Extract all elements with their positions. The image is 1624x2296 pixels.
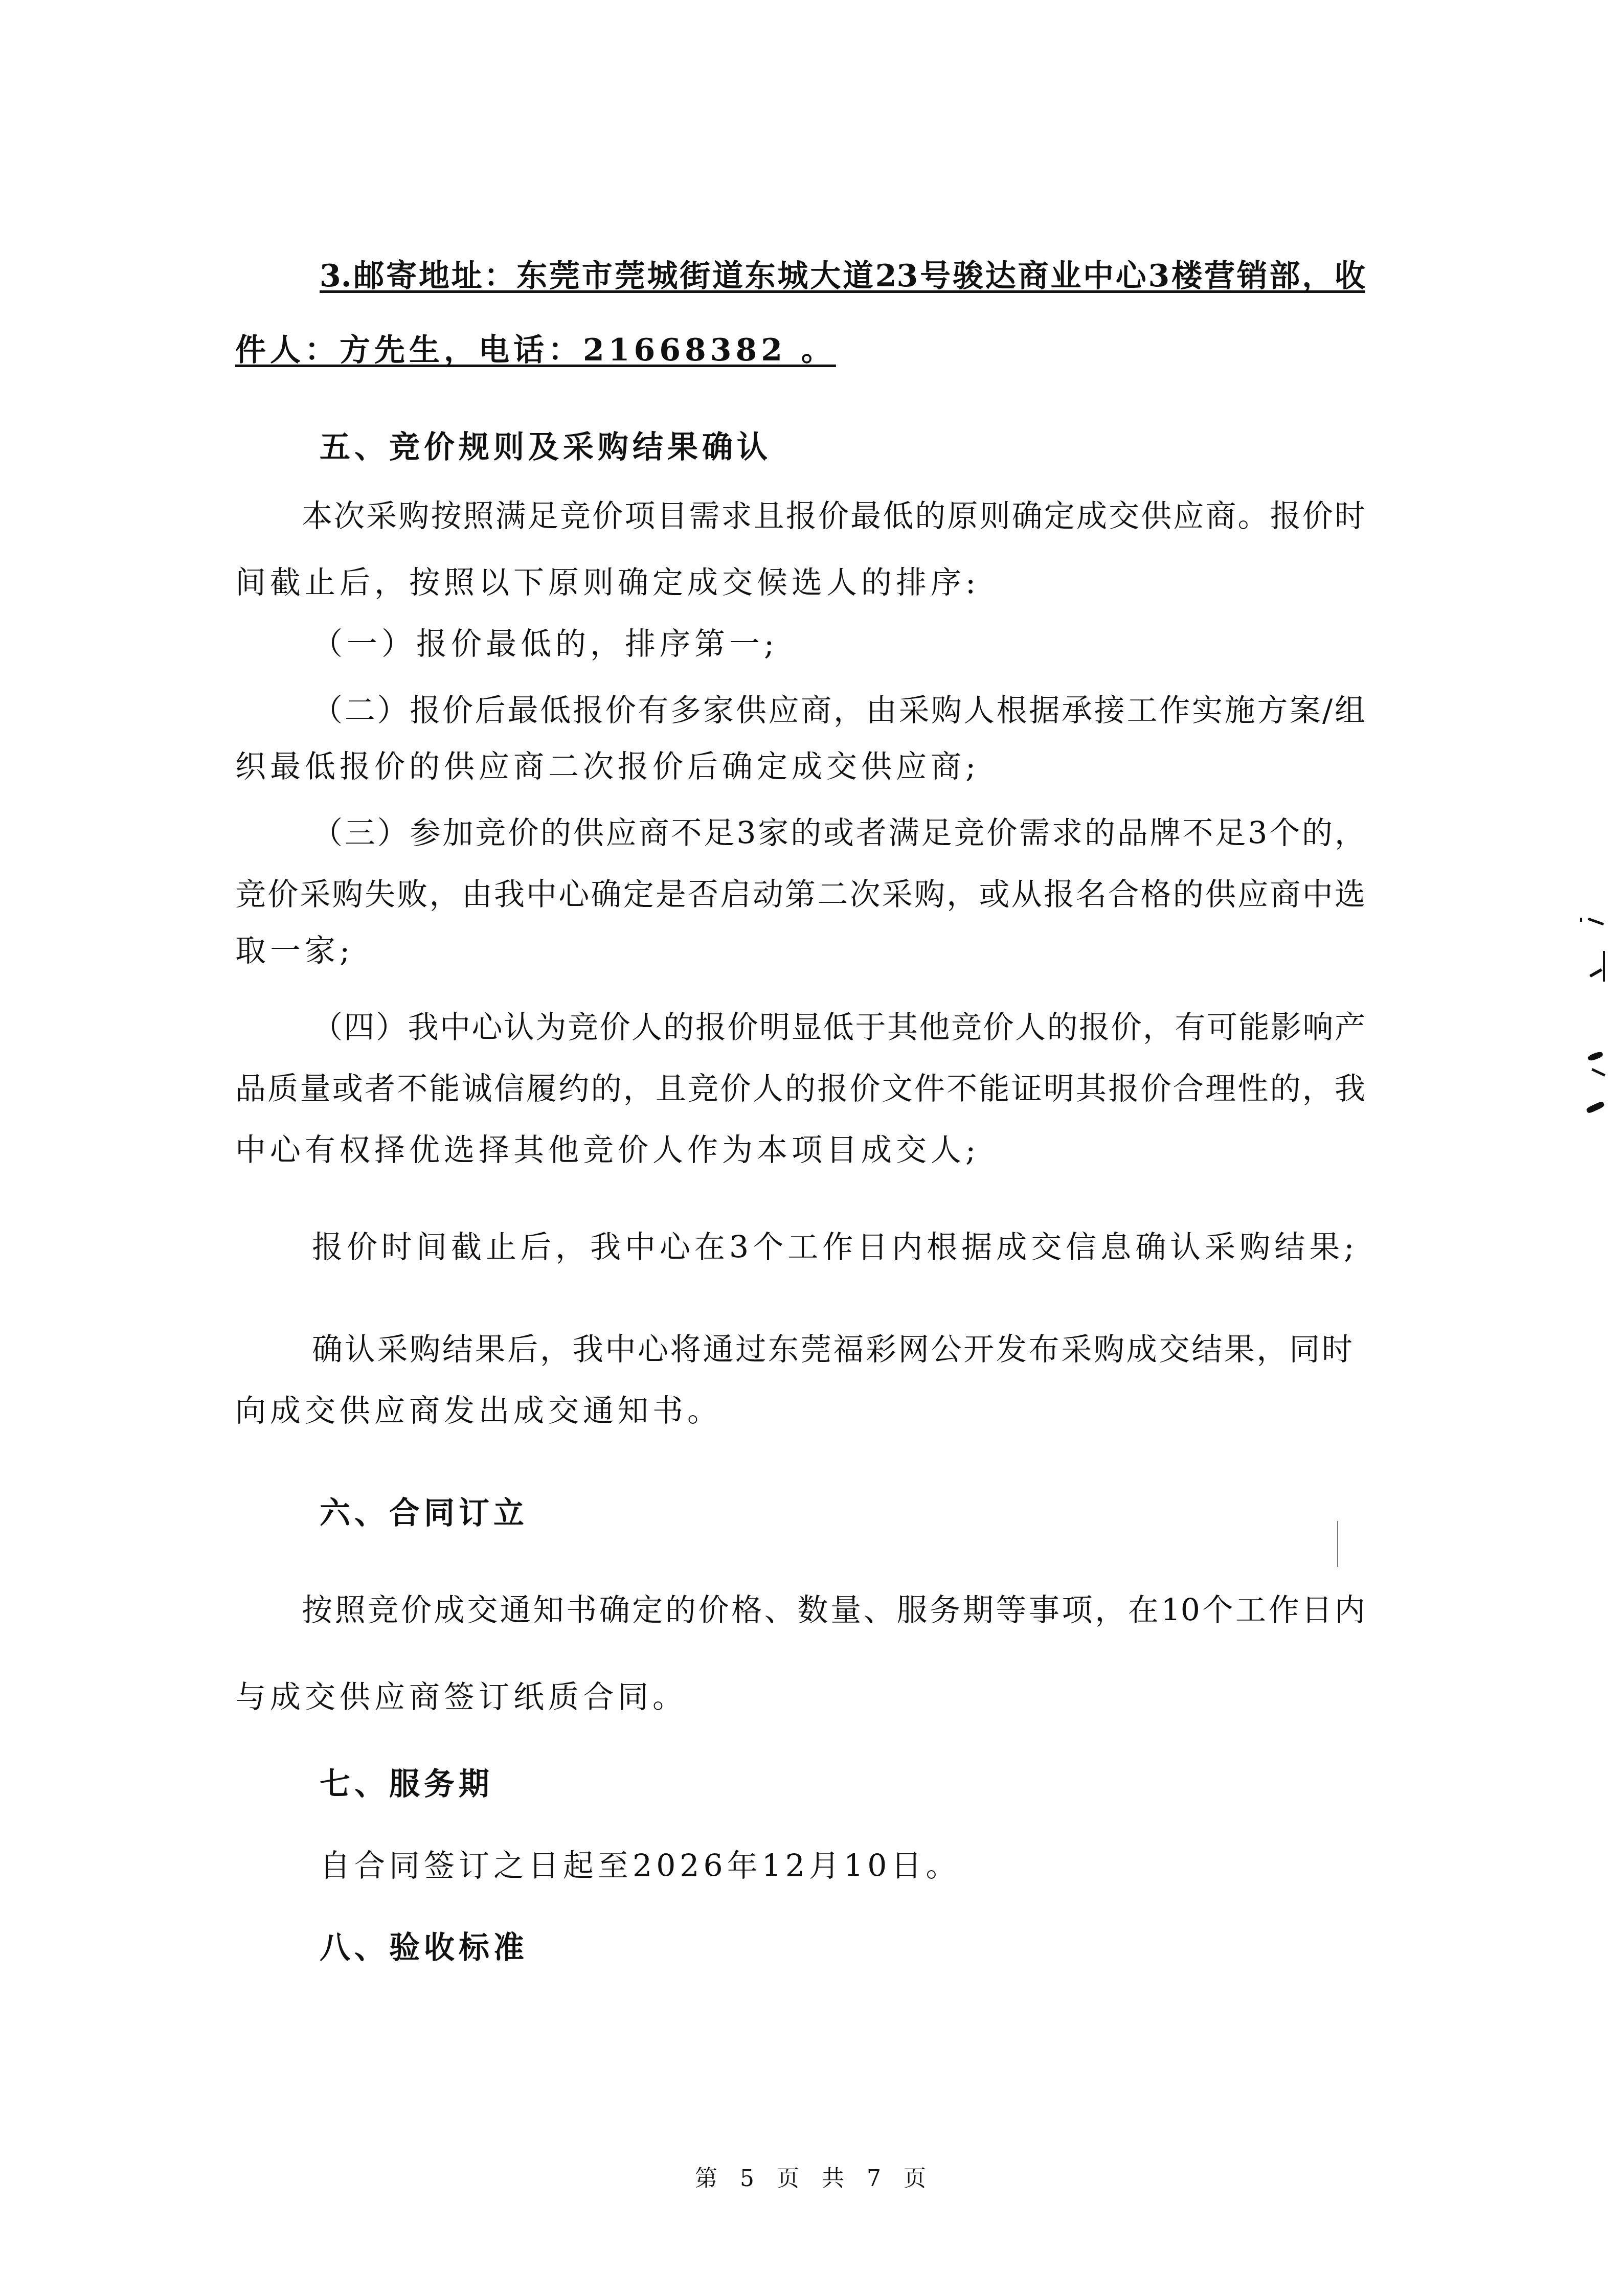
scan-artifact <box>1589 968 1603 977</box>
mailing-address-line-2: 件人：方先生，电话：21668382 。 <box>235 332 836 368</box>
publish-result-line-1: 确认采购结果后，我中心将通过东莞福彩网公开发布采购成交结果，同时 <box>312 1332 1352 1368</box>
document-page: 3.邮寄地址：东莞市莞城街道东城大道23号骏达商业中心3楼营销部，收 件人：方先… <box>0 0 1624 2296</box>
scan-artifact <box>1591 1068 1605 1076</box>
rule-3-line-1: （三）参加竞价的供应商不足3家的或者满足竞价需求的品牌不足3个的， <box>312 815 1365 851</box>
rule-4-line-3: 中心有权择优选择其他竞价人作为本项目成交人; <box>235 1132 980 1168</box>
rule-3-line-2: 竞价采购失败，由我中心确定是否启动第二次采购，或从报名合格的供应商中选 <box>235 877 1365 913</box>
service-period: 自合同签订之日起至2026年12月10日。 <box>320 1848 960 1884</box>
scan-artifact <box>1587 1051 1604 1062</box>
scan-artifact <box>1586 1101 1605 1114</box>
section-6-body-line-1: 按照竞价成交通知书确定的价格、数量、服务期等事项，在10个工作日内 <box>302 1593 1365 1628</box>
publish-result-line-2: 向成交供应商发出成交通知书。 <box>235 1393 722 1429</box>
page-number: 第 5 页 共 7 页 <box>0 2160 1624 2193</box>
rule-1: （一）报价最低的，排序第一; <box>312 626 778 662</box>
rule-2-line-1: （二）报价后最低报价有多家供应商，由采购人根据承接工作实施方案/组 <box>312 693 1365 729</box>
scan-artifact <box>1588 918 1604 926</box>
section-5-intro-line-2: 间截止后，按照以下原则确定成交候选人的排序: <box>235 565 980 601</box>
section-5-heading: 五、竞价规则及采购结果确认 <box>320 429 772 465</box>
section-8-heading: 八、验收标准 <box>320 1930 528 1966</box>
section-6-body-line-2: 与成交供应商签订纸质合同。 <box>235 1679 687 1715</box>
rule-4-line-2: 品质量或者不能诚信履约的，且竞价人的报价文件不能证明其报价合理性的，我 <box>235 1071 1365 1107</box>
scan-artifact <box>1580 918 1582 922</box>
confirmation-timeline: 报价时间截止后，我中心在3个工作日内根据成交信息确认采购结果; <box>312 1230 1358 1265</box>
scan-artifact <box>1603 951 1605 982</box>
section-7-heading: 七、服务期 <box>320 1766 493 1802</box>
rule-2-line-2: 织最低报价的供应商二次报价后确定成交供应商; <box>235 749 980 785</box>
scan-artifact <box>1337 1521 1338 1567</box>
mailing-address-line-1: 3.邮寄地址：东莞市莞城街道东城大道23号骏达商业中心3楼营销部，收 <box>320 258 1365 294</box>
rule-3-line-3: 取一家; <box>235 933 354 969</box>
rule-4-line-1: （四）我中心认为竞价人的报价明显低于其他竞价人的报价，有可能影响产 <box>312 1010 1365 1045</box>
section-6-heading: 六、合同订立 <box>320 1495 528 1531</box>
section-5-intro-line-1: 本次采购按照满足竞价项目需求且报价最低的原则确定成交供应商。报价时 <box>302 498 1365 534</box>
